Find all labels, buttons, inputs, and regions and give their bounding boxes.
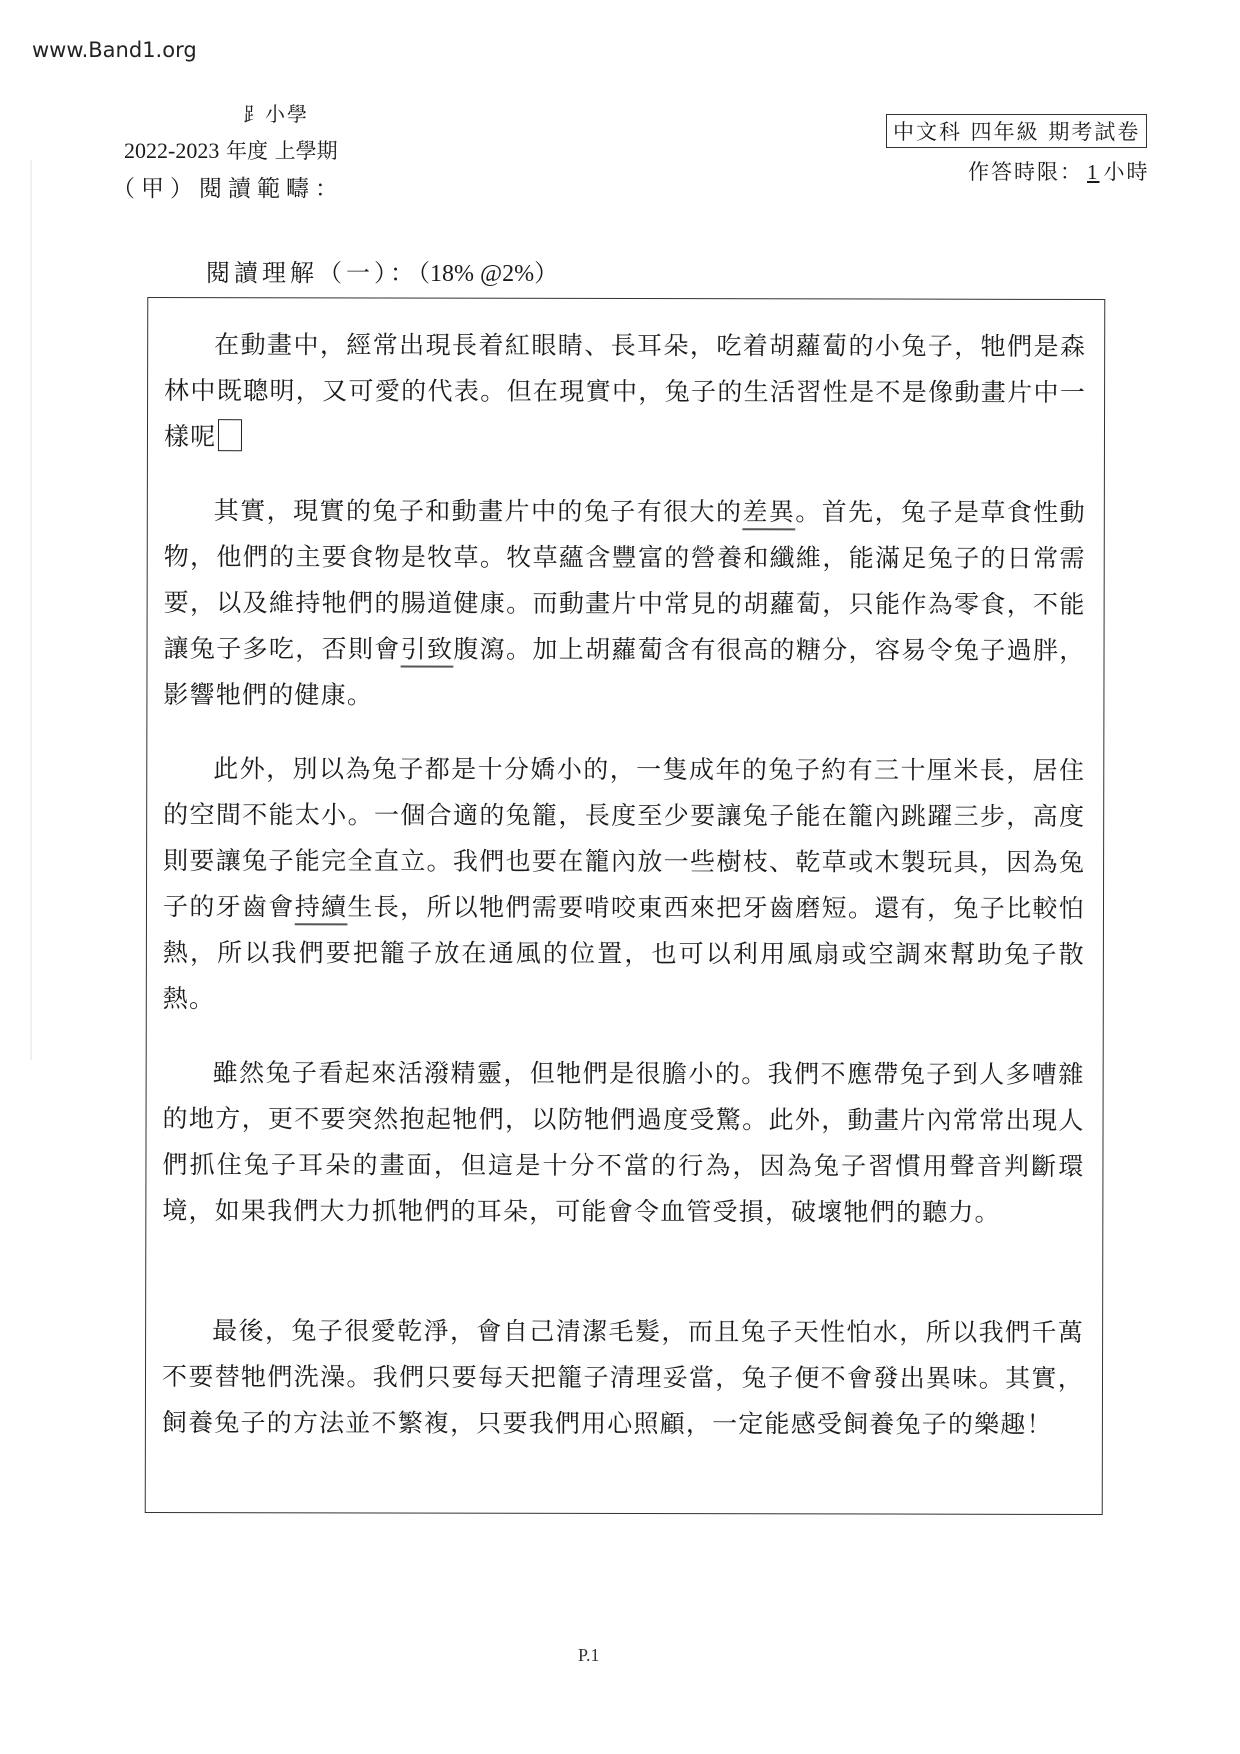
- punctuation-blank-box[interactable]: [218, 419, 242, 451]
- paragraph-text: 在動畫中，經常出現長着紅眼睛、長耳朵，吃着胡蘿蔔的小兔子，牠們是森林中既聰明，又…: [164, 330, 1086, 451]
- reading-title-label: 閱讀理解（一）：: [206, 259, 418, 287]
- term-label: 年度 上學期: [219, 139, 337, 163]
- paragraph-text: 其實，現實的兔子和動畫片中的兔子有很大的: [214, 496, 743, 526]
- watermark: www.Band1.org: [32, 38, 197, 62]
- underlined-word: 持續: [295, 892, 348, 921]
- paragraph-1: 在動畫中，經常出現長着紅眼睛、長耳朵，吃着胡蘿蔔的小兔子，牠們是森林中既聰明，又…: [164, 322, 1086, 462]
- passage-box: 在動畫中，經常出現長着紅眼睛、長耳朵，吃着胡蘿蔔的小兔子，牠們是森林中既聰明，又…: [145, 297, 1106, 1515]
- paragraph-2: 其實，現實的兔子和動畫片中的兔子有很大的差異。首先，兔子是草食性動物，他們的主要…: [163, 488, 1085, 720]
- time-limit-unit: 小時: [1104, 160, 1150, 184]
- time-limit: 作答時限：1小時: [968, 156, 1150, 186]
- page-number: P.1: [578, 1645, 600, 1666]
- school-name: ⻊小學: [243, 98, 309, 127]
- subject-box: 中文科 四年級 期考試卷: [886, 114, 1147, 148]
- underlined-word: 引致: [401, 635, 454, 664]
- year-range: 2022-2023: [124, 138, 219, 163]
- reading-score: （18% @2%）: [418, 261, 558, 287]
- reading-title: 閱讀理解（一）：（18% @2%）: [206, 253, 558, 288]
- paragraph-3: 此外，別以為兔子都是十分嬌小的，一隻成年的兔子約有三十厘米長，居住的空間不能太小…: [163, 746, 1086, 1024]
- paragraph-5: 最後，兔子很愛乾淨，會自己清潔毛髮，而且兔子天性怕水，所以我們千萬不要替牠們洗澡…: [162, 1308, 1084, 1448]
- paragraph-4: 雖然兔子看起來活潑精靈，但牠們是很膽小的。我們不應帶兔子到人多嘈雜的地方，更不要…: [162, 1050, 1084, 1236]
- scan-artifact: [30, 160, 32, 1060]
- paragraph-text: 最後，兔子很愛乾淨，會自己清潔毛髮，而且兔子天性怕水，所以我們千萬不要替牠們洗澡…: [162, 1316, 1084, 1439]
- paragraph-text: 雖然兔子看起來活潑精靈，但牠們是很膽小的。我們不應帶兔子到人多嘈雜的地方，更不要…: [162, 1058, 1084, 1227]
- time-limit-label: 作答時限：: [968, 160, 1083, 184]
- underlined-word: 差異: [742, 497, 795, 526]
- section-heading: （甲）閱讀範疇：: [112, 170, 344, 203]
- time-limit-value: 1: [1083, 160, 1104, 184]
- academic-year: 2022-2023 年度 上學期: [124, 135, 338, 165]
